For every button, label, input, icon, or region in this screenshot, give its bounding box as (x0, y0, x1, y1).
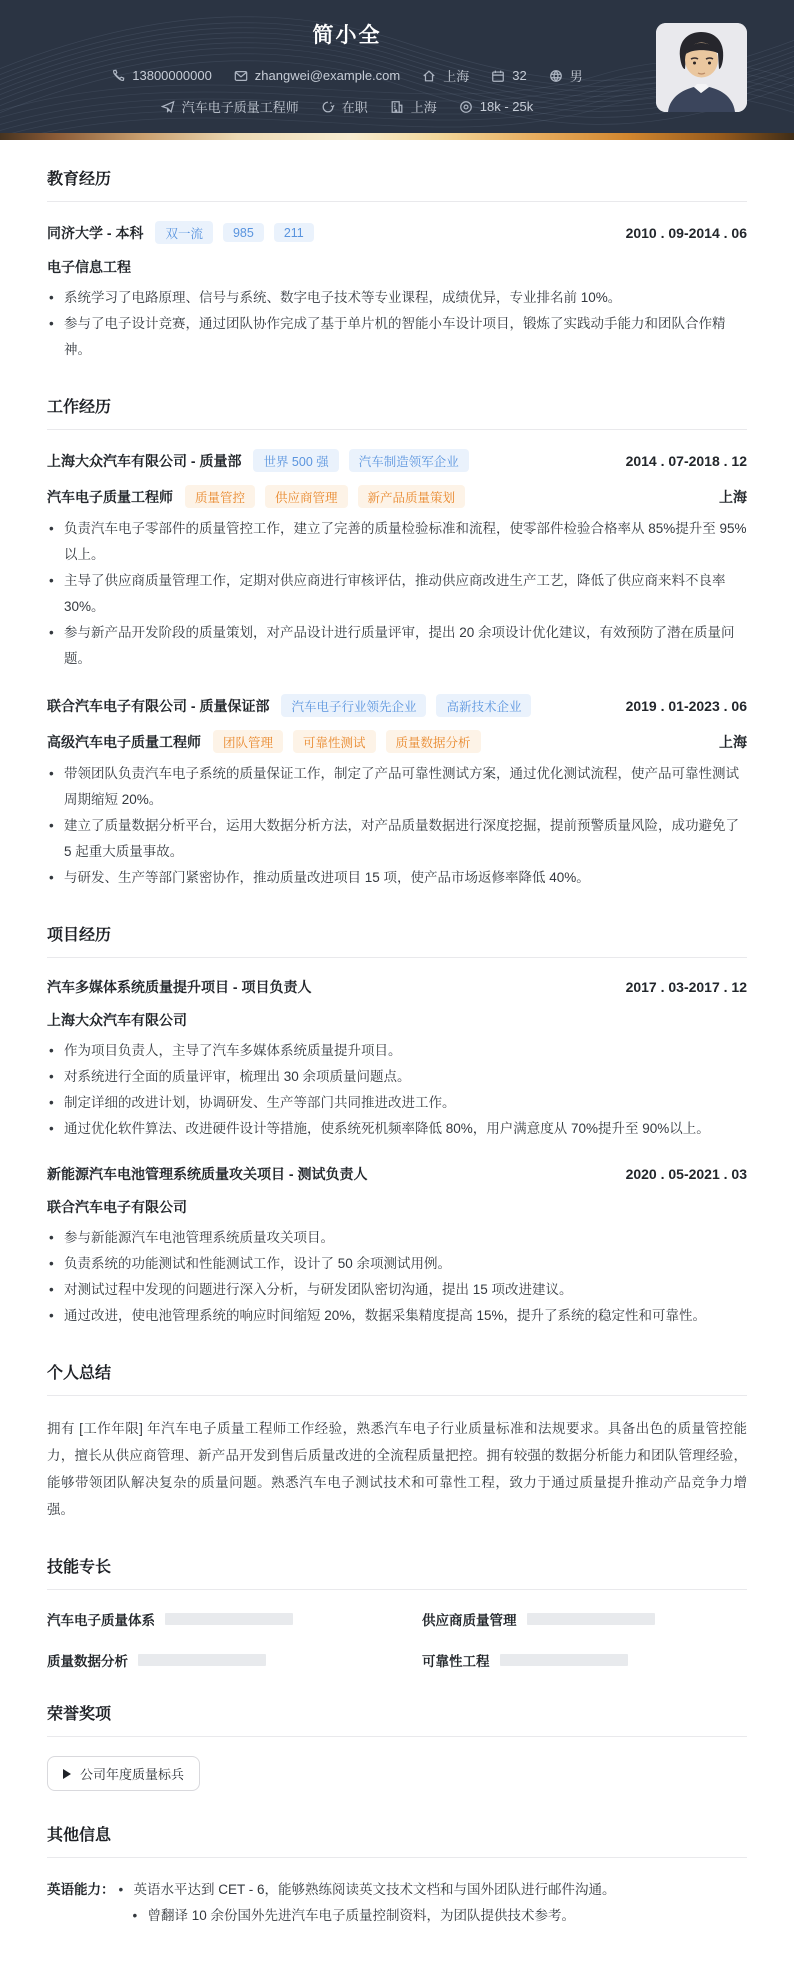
section-honors: 荣誉奖项 公司年度质量标兵 (47, 1701, 747, 1791)
job-status-value: 在职 (342, 97, 368, 116)
skill-item: 供应商质量管理 (422, 1609, 747, 1629)
company-name: 上海大众汽车有限公司 - 质量部 (47, 451, 241, 471)
bullet: 参与新产品开发阶段的质量策划，对产品设计进行质量评审，提出 20 余项设计优化建… (47, 620, 747, 672)
job-intention-value: 汽车电子质量工程师 (182, 97, 299, 116)
contact-home-city: 上海 (422, 66, 469, 85)
section-other: 其他信息 英语能力： 英语水平达到 CET - 6，能够熟练阅读英文技术文档和与… (47, 1822, 747, 1929)
bullet: 英语水平达到 CET - 6，能够熟练阅读英文技术文档和与国外团队进行邮件沟通。 (117, 1877, 616, 1903)
salary-target-icon (459, 100, 473, 114)
city-building-icon (390, 100, 404, 114)
skill-name: 汽车电子质量体系 (47, 1609, 155, 1629)
resume-page: 简小全 13800000000 zhangwei@example.com 上海 … (0, 0, 794, 1963)
position-tags: 质量管控 供应商管理 新产品质量策划 (185, 485, 465, 508)
contact-email-value: zhangwei@example.com (255, 68, 400, 83)
position-tag: 新产品质量策划 (358, 485, 466, 508)
header-content: 简小全 13800000000 zhangwei@example.com 上海 … (0, 0, 694, 116)
contact-row-1: 13800000000 zhangwei@example.com 上海 32 男 (0, 66, 694, 85)
contact-phone-value: 13800000000 (132, 68, 212, 83)
header-accent-bar (0, 133, 794, 140)
skill-item: 质量数据分析 (47, 1650, 372, 1670)
contact-age: 32 (491, 68, 526, 83)
contact-home-city-value: 上海 (443, 66, 469, 85)
skills-grid: 汽车电子质量体系 供应商质量管理 质量数据分析 可靠性工程 (47, 1609, 747, 1670)
position-tag: 供应商管理 (265, 485, 348, 508)
project-entry: 汽车多媒体系统质量提升项目 - 项目负责人 2017 . 03-2017 . 1… (47, 977, 747, 1142)
skill-name: 可靠性工程 (422, 1650, 490, 1670)
company-tags: 世界 500 强 汽车制造领军企业 (253, 449, 468, 472)
company-name: 联合汽车电子有限公司 - 质量保证部 (47, 696, 269, 716)
bullet: 通过优化软件算法、改进硬件设计等措施，使系统死机频率降低 80%，用户满意度从 … (47, 1116, 747, 1142)
job-intention: 汽车电子质量工程师 (161, 97, 299, 116)
bullet: 对测试过程中发现的问题进行深入分析，与研发团队密切沟通，提出 15 项改进建议。 (47, 1277, 747, 1303)
work-bullets: 负责汽车电子零部件的质量管控工作，建立了完善的质量检验标准和流程，使零部件检验合… (47, 516, 747, 672)
project-company: 联合汽车电子有限公司 (47, 1197, 187, 1217)
age-icon (491, 69, 505, 83)
project-entry: 新能源汽车电池管理系统质量攻关项目 - 测试负责人 2020 . 05-2021… (47, 1164, 747, 1329)
job-status-icon (321, 100, 335, 114)
work-bullets: 带领团队负责汽车电子系统的质量保证工作，制定了产品可靠性测试方案，通过优化测试流… (47, 761, 747, 891)
other-info-label: 英语能力： (47, 1877, 115, 1903)
contact-row-2: 汽车电子质量工程师 在职 上海 18k - 25k (0, 97, 694, 116)
contact-gender: 男 (549, 66, 583, 85)
play-icon (63, 1769, 71, 1779)
section-skills: 技能专长 汽车电子质量体系 供应商质量管理 质量数据分析 可靠性工程 (47, 1554, 747, 1670)
school-tags: 双一流 985 211 (155, 221, 313, 244)
bullet: 系统学习了电路原理、信号与系统、数字电子技术等专业课程，成绩优异，专业排名前 1… (47, 285, 747, 311)
school-name: 同济大学 - 本科 (47, 223, 143, 243)
section-projects: 项目经历 汽车多媒体系统质量提升项目 - 项目负责人 2017 . 03-201… (47, 922, 747, 1329)
company-tags: 汽车电子行业领先企业 高新技术企业 (281, 694, 531, 717)
section-title-projects: 项目经历 (47, 922, 747, 958)
school-tag: 985 (223, 223, 264, 242)
contact-phone: 13800000000 (111, 68, 212, 83)
position-tags: 团队管理 可靠性测试 质量数据分析 (213, 730, 481, 753)
skill-bar (500, 1654, 628, 1666)
skill-bar (527, 1613, 655, 1625)
bullet: 作为项目负责人，主导了汽车多媒体系统质量提升项目。 (47, 1038, 747, 1064)
work-entry: 联合汽车电子有限公司 - 质量保证部 汽车电子行业领先企业 高新技术企业 201… (47, 694, 747, 891)
section-summary: 个人总结 拥有 [工作年限] 年汽车电子质量工程师工作经验，熟悉汽车电子行业质量… (47, 1360, 747, 1523)
portrait-image (656, 23, 747, 112)
honor-chip-label: 公司年度质量标兵 (80, 1764, 184, 1783)
bullet: 通过改进，使电池管理系统的响应时间缩短 20%，数据采集精度提高 15%，提升了… (47, 1303, 747, 1329)
section-education: 教育经历 同济大学 - 本科 双一流 985 211 2010 . 09-201… (47, 166, 747, 363)
education-bullets: 系统学习了电路原理、信号与系统、数字电子技术等专业课程，成绩优异，专业排名前 1… (47, 285, 747, 363)
bullet: 与研发、生产等部门紧密协作，推动质量改进项目 15 项，使产品市场返修率降低 4… (47, 865, 747, 891)
section-title-skills: 技能专长 (47, 1554, 747, 1590)
bullet: 建立了质量数据分析平台，运用大数据分析方法，对产品质量数据进行深度挖掘，提前预警… (47, 813, 747, 865)
salary-expectation-value: 18k - 25k (480, 99, 533, 114)
contact-gender-value: 男 (570, 66, 583, 85)
work-location: 上海 (719, 487, 747, 507)
project-title: 汽车多媒体系统质量提升项目 - 项目负责人 (47, 977, 311, 997)
candidate-name: 简小全 (0, 19, 694, 49)
work-location: 上海 (719, 732, 747, 752)
position-title: 高级汽车电子质量工程师 (47, 732, 201, 752)
skill-bar (165, 1613, 293, 1625)
section-title-education: 教育经历 (47, 166, 747, 202)
bullet: 负责系统的功能测试和性能测试工作，设计了 50 余项测试用例。 (47, 1251, 747, 1277)
resume-header: 简小全 13800000000 zhangwei@example.com 上海 … (0, 0, 794, 133)
section-title-other: 其他信息 (47, 1822, 747, 1858)
position-tag: 可靠性测试 (293, 730, 376, 753)
position-tag: 质量数据分析 (386, 730, 481, 753)
company-tag: 汽车制造领军企业 (349, 449, 469, 472)
section-title-honors: 荣誉奖项 (47, 1701, 747, 1737)
bullet: 带领团队负责汽车电子系统的质量保证工作，制定了产品可靠性测试方案，通过优化测试流… (47, 761, 747, 813)
gender-icon (549, 69, 563, 83)
position-tag: 质量管控 (185, 485, 255, 508)
contact-age-value: 32 (512, 68, 526, 83)
company-tag: 汽车电子行业领先企业 (281, 694, 426, 717)
work-city: 上海 (390, 97, 437, 116)
skill-bar (138, 1654, 266, 1666)
bullet: 对系统进行全面的质量评审，梳理出 30 余项质量问题点。 (47, 1064, 747, 1090)
section-title-work: 工作经历 (47, 394, 747, 430)
skill-item: 汽车电子质量体系 (47, 1609, 372, 1629)
company-tag: 世界 500 强 (253, 449, 338, 472)
project-bullets: 参与新能源汽车电池管理系统质量攻关项目。 负责系统的功能测试和性能测试工作，设计… (47, 1225, 747, 1329)
work-date: 2014 . 07-2018 . 12 (626, 453, 747, 469)
school-tag: 211 (274, 223, 314, 242)
other-bullets: 英语水平达到 CET - 6，能够熟练阅读英文技术文档和与国外团队进行邮件沟通。… (117, 1877, 616, 1929)
school-tag: 双一流 (155, 221, 213, 244)
home-icon (422, 69, 436, 83)
other-info-row: 英语能力： 英语水平达到 CET - 6，能够熟练阅读英文技术文档和与国外团队进… (47, 1877, 747, 1929)
project-title: 新能源汽车电池管理系统质量攻关项目 - 测试负责人 (47, 1164, 367, 1184)
resume-body: 教育经历 同济大学 - 本科 双一流 985 211 2010 . 09-201… (0, 140, 794, 1963)
bullet: 负责汽车电子零部件的质量管控工作，建立了完善的质量检验标准和流程，使零部件检验合… (47, 516, 747, 568)
section-title-summary: 个人总结 (47, 1360, 747, 1396)
project-date: 2020 . 05-2021 . 03 (626, 1166, 747, 1182)
education-entry: 同济大学 - 本科 双一流 985 211 2010 . 09-2014 . 0… (47, 221, 747, 363)
education-date: 2010 . 09-2014 . 06 (626, 225, 747, 241)
phone-icon (111, 69, 125, 83)
work-date: 2019 . 01-2023 . 06 (626, 698, 747, 714)
major-name: 电子信息工程 (47, 257, 131, 277)
salary-expectation: 18k - 25k (459, 99, 533, 114)
work-city-value: 上海 (411, 97, 437, 116)
email-icon (234, 69, 248, 83)
project-date: 2017 . 03-2017 . 12 (626, 979, 747, 995)
bullet: 主导了供应商质量管理工作，定期对供应商进行审核评估，推动供应商改进生产工艺，降低… (47, 568, 747, 620)
project-company: 上海大众汽车有限公司 (47, 1010, 187, 1030)
bullet: 制定详细的改进计划，协调研发、生产等部门共同推进改进工作。 (47, 1090, 747, 1116)
project-bullets: 作为项目负责人，主导了汽车多媒体系统质量提升项目。 对系统进行全面的质量评审，梳… (47, 1038, 747, 1142)
position-tag: 团队管理 (213, 730, 283, 753)
bullet: 参与新能源汽车电池管理系统质量攻关项目。 (47, 1225, 747, 1251)
skill-name: 供应商质量管理 (422, 1609, 517, 1629)
profile-photo (656, 23, 747, 112)
job-intention-icon (161, 100, 175, 114)
section-work: 工作经历 上海大众汽车有限公司 - 质量部 世界 500 强 汽车制造领军企业 … (47, 394, 747, 891)
bullet: 曾翻译 10 余份国外先进汽车电子质量控制资料，为团队提供技术参考。 (131, 1903, 616, 1929)
company-tag: 高新技术企业 (436, 694, 531, 717)
skill-item: 可靠性工程 (422, 1650, 747, 1670)
position-title: 汽车电子质量工程师 (47, 487, 173, 507)
skill-name: 质量数据分析 (47, 1650, 128, 1670)
work-entry: 上海大众汽车有限公司 - 质量部 世界 500 强 汽车制造领军企业 2014 … (47, 449, 747, 672)
summary-text: 拥有 [工作年限] 年汽车电子质量工程师工作经验，熟悉汽车电子行业质量标准和法规… (47, 1415, 747, 1523)
job-status: 在职 (321, 97, 368, 116)
honor-chip[interactable]: 公司年度质量标兵 (47, 1756, 200, 1791)
contact-email: zhangwei@example.com (234, 68, 400, 83)
bullet: 参与了电子设计竞赛，通过团队协作完成了基于单片机的智能小车设计项目，锻炼了实践动… (47, 311, 747, 363)
